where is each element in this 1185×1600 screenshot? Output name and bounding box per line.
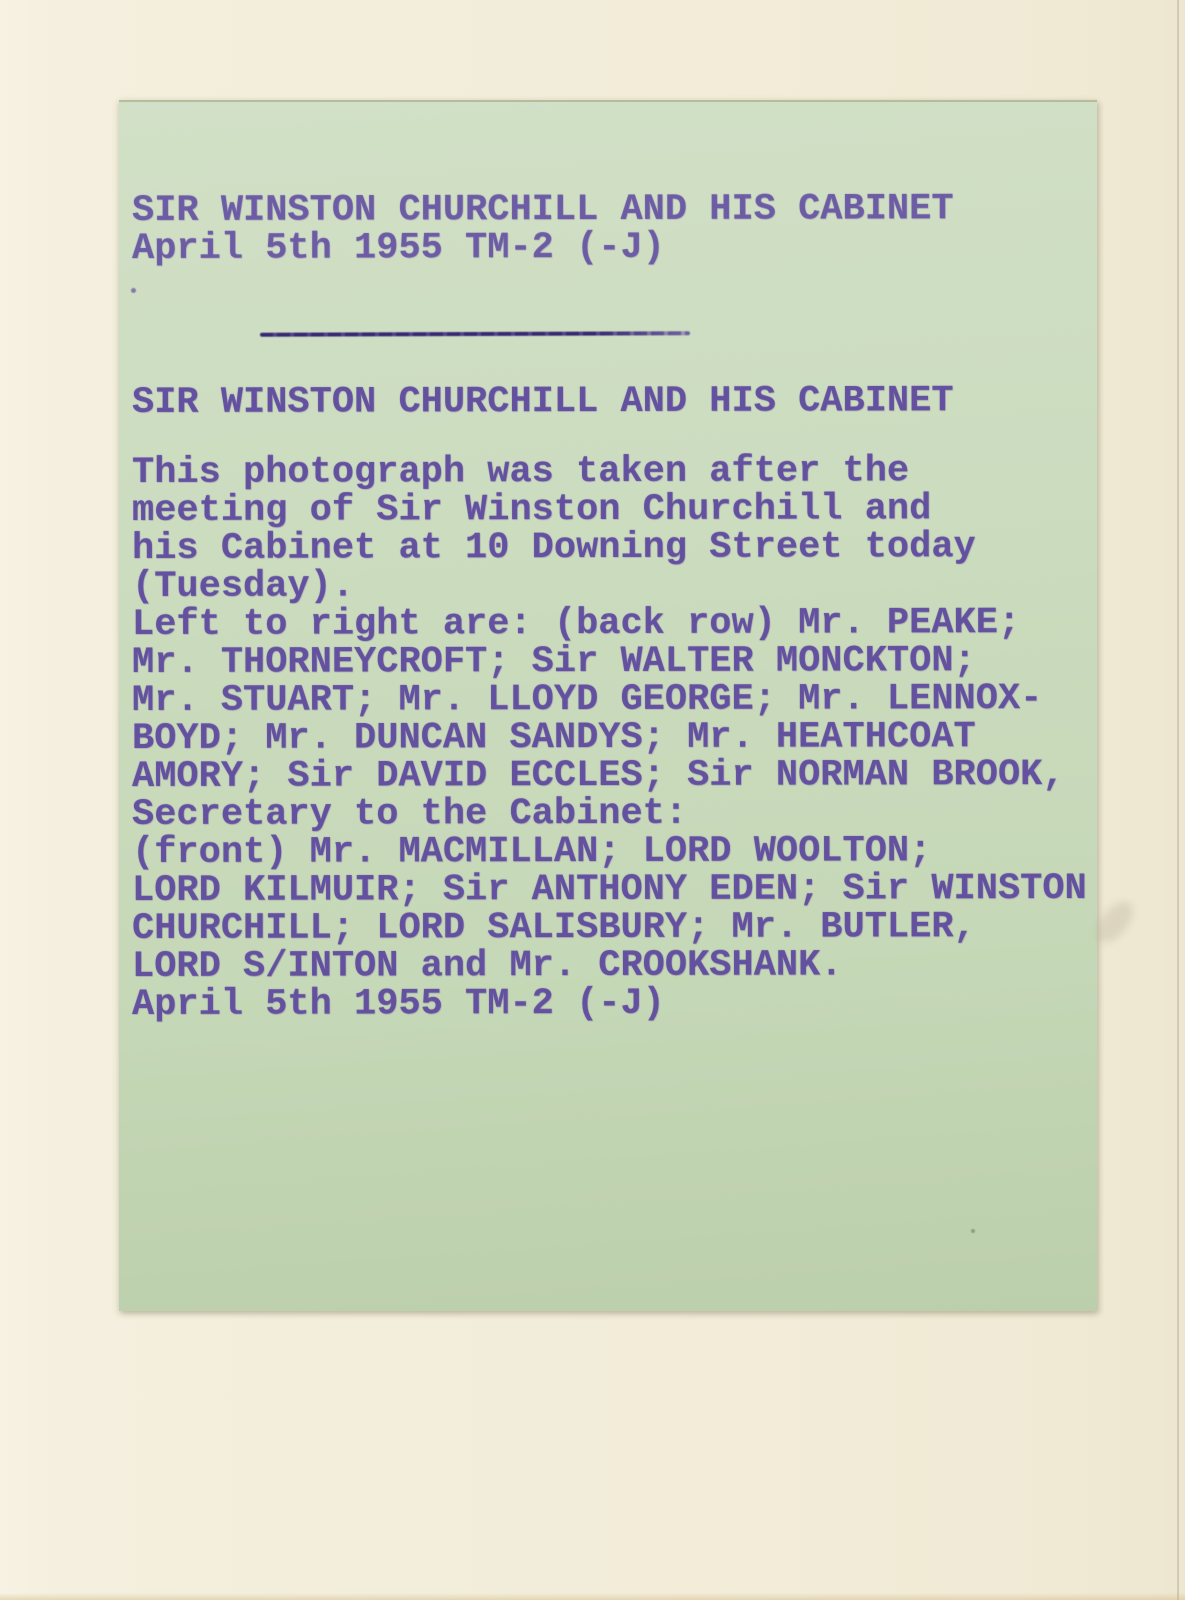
- paper-fleck: [971, 1229, 975, 1233]
- caption-line: AMORY; Sir DAVID ECCLES; Sir NORMAN BROO…: [132, 756, 1065, 796]
- ink-speck: [131, 288, 136, 293]
- caption-title: SIR WINSTON CHURCHILL AND HIS CABINET: [132, 382, 954, 422]
- caption-line: April 5th 1955 TM-2 (-J): [132, 985, 665, 1024]
- caption-line: Mr. STUART; Mr. LLOYD GEORGE; Mr. LENNOX…: [132, 680, 1042, 720]
- caption-line: (Tuesday).: [132, 568, 354, 606]
- caption-line: Mr. THORNEYCROFT; Sir WALTER MONCKTON;: [132, 642, 976, 682]
- caption-line: his Cabinet at 10 Downing Street today: [132, 528, 976, 568]
- caption-line: LORD KILMUIR; Sir ANTHONY EDEN; Sir WINS…: [132, 870, 1087, 910]
- caption-line: BOYD; Mr. DUNCAN SANDYS; Mr. HEATHCOAT: [132, 718, 976, 758]
- caption-line: LORD S/INTON and Mr. CROOKSHANK.: [132, 947, 843, 986]
- caption-line: This photograph was taken after the: [132, 452, 909, 492]
- caption-line: Secretary to the Cabinet:: [132, 795, 687, 834]
- caption-slip-paper: SIR WINSTON CHURCHILL AND HIS CABINET Ap…: [119, 100, 1097, 1311]
- caption-line: (front) Mr. MACMILLAN; LORD WOOLTON;: [132, 832, 931, 872]
- mount-right-edge-line: [1177, 0, 1179, 1600]
- caption-line: Left to right are: (back row) Mr. PEAKE;: [132, 604, 1020, 644]
- typed-divider-rule: [260, 331, 690, 337]
- mount-bottom-edge-shading: [0, 1593, 1185, 1600]
- header-title-line: SIR WINSTON CHURCHILL AND HIS CABINET: [132, 190, 954, 230]
- caption-line: meeting of Sir Winston Churchill and: [132, 490, 931, 530]
- photo-mount-card: SIR WINSTON CHURCHILL AND HIS CABINET Ap…: [0, 0, 1185, 1600]
- mount-smudge-mark: [1090, 895, 1140, 949]
- caption-line: CHURCHILL; LORD SALISBURY; Mr. BUTLER,: [132, 908, 976, 948]
- header-date-line: April 5th 1955 TM-2 (-J): [132, 229, 665, 268]
